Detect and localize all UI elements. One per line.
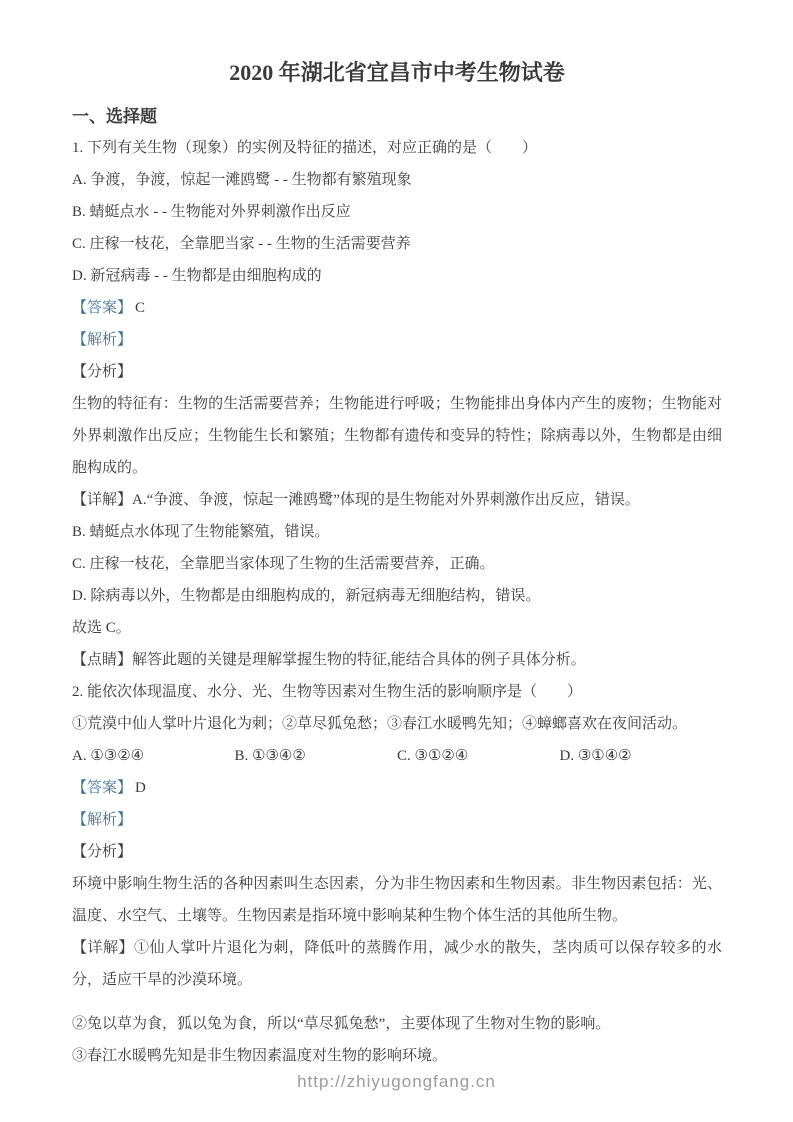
q2-answer-line: 【答案】D	[72, 772, 722, 804]
document-title: 2020 年湖北省宜昌市中考生物试卷	[72, 58, 722, 88]
q1-stem: 1. 下列有关生物（现象）的实例及特征的描述，对应正确的是（ ）	[72, 132, 722, 164]
q2-options-row: A. ①③②④ B. ①③④② C. ③①②④ D. ③①④②	[72, 740, 722, 772]
q1-answer-value: C	[135, 300, 145, 316]
q2-detail-line-2: ②兔以草为食，狐以兔为食，所以“草尽狐兔愁”，主要体现了生物对生物的影响。	[72, 1008, 722, 1040]
q1-detail-line-b: B. 蜻蜓点水体现了生物能繁殖，错误。	[72, 516, 722, 548]
q2-analysis-line: 【解析】	[72, 804, 722, 836]
q1-analysis-heading: 【分析】	[72, 356, 722, 388]
page-content: 2020 年湖北省宜昌市中考生物试卷 一、选择题 1. 下列有关生物（现象）的实…	[0, 58, 793, 1072]
q2-analysis-heading: 【分析】	[72, 836, 722, 868]
q1-option-d: D. 新冠病毒 - - 生物都是由细胞构成的	[72, 260, 722, 292]
q2-analysis-body: 环境中影响生物生活的各种因素叫生态因素，分为非生物因素和生物因素。非生物因素包括…	[72, 868, 722, 932]
q1-answer-label: 【答案】	[72, 300, 132, 316]
q1-detail-line-c: C. 庄稼一枝花，全靠肥当家体现了生物的生活需要营养，正确。	[72, 548, 722, 580]
q1-note: 【点睛】解答此题的关键是理解掌握生物的特征,能结合具体的例子具体分析。	[72, 644, 722, 676]
q1-analysis-body: 生物的特征有：生物的生活需要营养；生物能进行呼吸；生物能排出身体内产生的废物；生…	[72, 388, 722, 484]
q1-detail-line-a: 【详解】A.“争渡、争渡，惊起一滩鸥鹭”体现的是生物能对外界刺激作出反应，错误。	[72, 484, 722, 516]
q1-analysis-line: 【解析】	[72, 324, 722, 356]
q2-stem: 2. 能依次体现温度、水分、光、生物等因素对生物生活的影响顺序是（ ）	[72, 676, 722, 708]
footer-url: http://zhiyugongfang.cn	[0, 1072, 793, 1092]
q2-sub-items: ①荒漠中仙人掌叶片退化为刺；②草尽狐兔愁；③春江水暖鸭先知；④蟑螂喜欢在夜间活动…	[72, 708, 722, 740]
q1-analysis-label: 【解析】	[72, 332, 132, 348]
q2-option-d: D. ③①④②	[560, 740, 723, 772]
section-heading: 一、选择题	[72, 104, 722, 130]
q1-option-a: A. 争渡，争渡，惊起一滩鸥鹭 - - 生物都有繁殖现象	[72, 164, 722, 196]
q1-detail-line-d: D. 除病毒以外，生物都是由细胞构成的，新冠病毒无细胞结构，错误。	[72, 580, 722, 612]
q1-option-b: B. 蜻蜓点水 - - 生物能对外界刺激作出反应	[72, 196, 722, 228]
q2-detail-line-3: ③春江水暖鸭先知是非生物因素温度对生物的影响环境。	[72, 1040, 722, 1072]
q2-option-b: B. ①③④②	[235, 740, 398, 772]
q2-detail-line-1: 【详解】①仙人掌叶片退化为刺，降低叶的蒸腾作用，减少水的散失，茎肉质可以保存较多…	[72, 932, 722, 996]
q1-option-c: C. 庄稼一枝花，全靠肥当家 - - 生物的生活需要营养	[72, 228, 722, 260]
q2-option-c: C. ③①②④	[397, 740, 560, 772]
q2-analysis-label: 【解析】	[72, 812, 132, 828]
q1-answer-line: 【答案】C	[72, 292, 722, 324]
q2-answer-value: D	[135, 780, 146, 796]
q2-answer-label: 【答案】	[72, 780, 132, 796]
q1-detail-conclusion: 故选 C。	[72, 612, 722, 644]
q2-option-a: A. ①③②④	[72, 740, 235, 772]
